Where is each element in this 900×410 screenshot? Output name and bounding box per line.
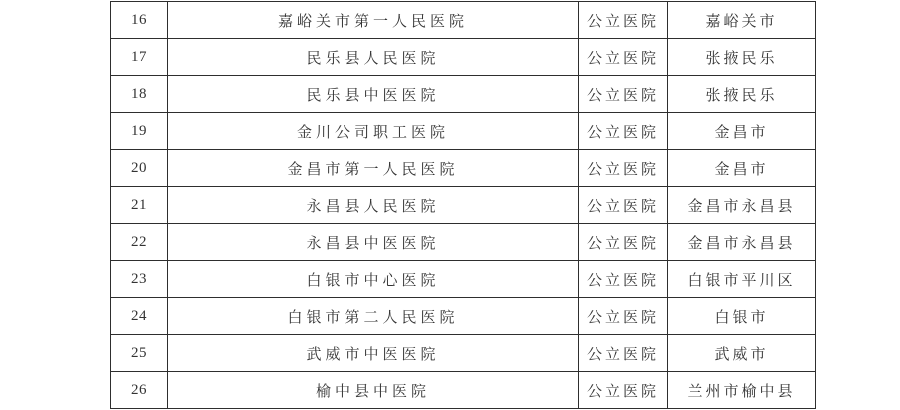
hospital-name-cell: 永昌县人民医院	[168, 187, 579, 224]
table-row: 17民乐县人民医院公立医院张掖民乐	[111, 39, 816, 76]
region-cell: 金昌市永昌县	[668, 224, 816, 261]
region-cell: 武威市	[668, 335, 816, 372]
hospital-name-cell: 金昌市第一人民医院	[168, 150, 579, 187]
row-number-cell: 22	[111, 224, 168, 261]
hospital-type-cell: 公立医院	[579, 187, 668, 224]
row-number-cell: 24	[111, 298, 168, 335]
region-cell: 金昌市永昌县	[668, 187, 816, 224]
hospital-table-body: 16嘉峪关市第一人民医院公立医院嘉峪关市17民乐县人民医院公立医院张掖民乐18民…	[111, 2, 816, 409]
table-row: 26榆中县中医院公立医院兰州市榆中县	[111, 372, 816, 409]
hospital-type-cell: 公立医院	[579, 224, 668, 261]
table-row: 19金川公司职工医院公立医院金昌市	[111, 113, 816, 150]
region-cell: 兰州市榆中县	[668, 372, 816, 409]
table-row: 20金昌市第一人民医院公立医院金昌市	[111, 150, 816, 187]
row-number-cell: 23	[111, 261, 168, 298]
row-number-cell: 17	[111, 39, 168, 76]
table-row: 25武威市中医医院公立医院武威市	[111, 335, 816, 372]
hospital-type-cell: 公立医院	[579, 2, 668, 39]
region-cell: 张掖民乐	[668, 76, 816, 113]
region-cell: 金昌市	[668, 113, 816, 150]
row-number-cell: 26	[111, 372, 168, 409]
document-page: 16嘉峪关市第一人民医院公立医院嘉峪关市17民乐县人民医院公立医院张掖民乐18民…	[0, 0, 900, 410]
hospital-name-cell: 民乐县中医医院	[168, 76, 579, 113]
hospital-name-cell: 金川公司职工医院	[168, 113, 579, 150]
hospital-name-cell: 嘉峪关市第一人民医院	[168, 2, 579, 39]
hospital-type-cell: 公立医院	[579, 335, 668, 372]
row-number-cell: 19	[111, 113, 168, 150]
hospital-type-cell: 公立医院	[579, 372, 668, 409]
hospital-name-cell: 永昌县中医医院	[168, 224, 579, 261]
hospital-table: 16嘉峪关市第一人民医院公立医院嘉峪关市17民乐县人民医院公立医院张掖民乐18民…	[110, 1, 816, 409]
row-number-cell: 18	[111, 76, 168, 113]
table-row: 21永昌县人民医院公立医院金昌市永昌县	[111, 187, 816, 224]
hospital-name-cell: 白银市第二人民医院	[168, 298, 579, 335]
region-cell: 白银市	[668, 298, 816, 335]
hospital-type-cell: 公立医院	[579, 150, 668, 187]
region-cell: 白银市平川区	[668, 261, 816, 298]
hospital-name-cell: 武威市中医医院	[168, 335, 579, 372]
hospital-name-cell: 民乐县人民医院	[168, 39, 579, 76]
hospital-type-cell: 公立医院	[579, 39, 668, 76]
hospital-name-cell: 榆中县中医院	[168, 372, 579, 409]
hospital-type-cell: 公立医院	[579, 261, 668, 298]
hospital-type-cell: 公立医院	[579, 113, 668, 150]
hospital-type-cell: 公立医院	[579, 298, 668, 335]
table-row: 18民乐县中医医院公立医院张掖民乐	[111, 76, 816, 113]
table-row: 23白银市中心医院公立医院白银市平川区	[111, 261, 816, 298]
table-row: 16嘉峪关市第一人民医院公立医院嘉峪关市	[111, 2, 816, 39]
row-number-cell: 20	[111, 150, 168, 187]
hospital-type-cell: 公立医院	[579, 76, 668, 113]
region-cell: 嘉峪关市	[668, 2, 816, 39]
row-number-cell: 16	[111, 2, 168, 39]
row-number-cell: 21	[111, 187, 168, 224]
hospital-name-cell: 白银市中心医院	[168, 261, 579, 298]
region-cell: 张掖民乐	[668, 39, 816, 76]
region-cell: 金昌市	[668, 150, 816, 187]
table-row: 22永昌县中医医院公立医院金昌市永昌县	[111, 224, 816, 261]
row-number-cell: 25	[111, 335, 168, 372]
table-row: 24白银市第二人民医院公立医院白银市	[111, 298, 816, 335]
